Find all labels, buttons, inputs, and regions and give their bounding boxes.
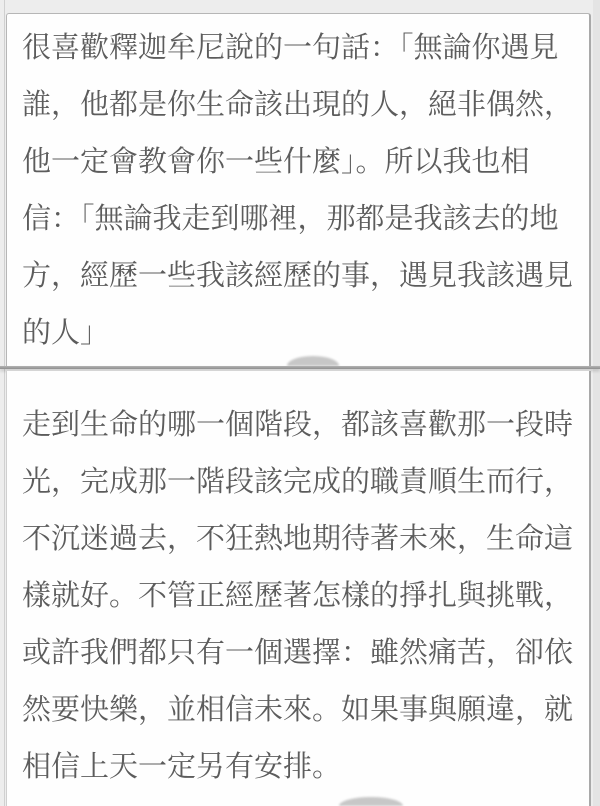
quote-line: 的人」 <box>22 305 589 362</box>
quote-line: 然要快樂，並相信未來。如果事與願違，就 <box>22 682 589 739</box>
quote-line: 樣就好。不管正經歷著怎樣的掙扎與挑戰， <box>22 568 589 625</box>
stacked-quote-screenshot: 很喜歡釋迦牟尼說的一句話：「無論你遇見 誰，他都是你生命該出現的人，絕非偶然， … <box>0 0 600 806</box>
quote-card-1: 很喜歡釋迦牟尼說的一句話：「無論你遇見 誰，他都是你生命該出現的人，絕非偶然， … <box>6 13 591 366</box>
quote-line: 相信上天一定另有安排。 <box>22 739 589 796</box>
quote-line: 不沉迷過去，不狂熱地期待著未來，生命這 <box>22 511 589 568</box>
quote-text-1: 很喜歡釋迦牟尼說的一句話：「無論你遇見 誰，他都是你生命該出現的人，絕非偶然， … <box>7 14 589 362</box>
quote-line: 走到生命的哪一個階段，都該喜歡那一段時 <box>22 397 589 454</box>
quote-line: 或許我們都只有一個選擇：雖然痛苦，卻依 <box>22 625 589 682</box>
right-margin-strip <box>593 0 600 806</box>
left-margin-line <box>4 0 5 806</box>
quote-line: 很喜歡釋迦牟尼說的一句話：「無論你遇見 <box>22 20 589 77</box>
quote-line: 信：「無論我走到哪裡，那都是我該去的地 <box>22 191 589 248</box>
card-seam-divider <box>0 366 600 369</box>
quote-line: 誰，他都是你生命該出現的人，絕非偶然， <box>22 77 589 134</box>
quote-text-2: 走到生命的哪一個階段，都該喜歡那一段時 光，完成那一階段該完成的職責順生而行， … <box>7 371 589 796</box>
quote-card-2: 走到生命的哪一個階段，都該喜歡那一段時 光，完成那一階段該完成的職責順生而行， … <box>6 371 591 806</box>
quote-line: 他一定會教會你一些什麼」。所以我也相 <box>22 134 589 191</box>
quote-line: 方，經歷一些我該經歷的事，遇見我該遇見 <box>22 248 589 305</box>
quote-line: 光，完成那一階段該完成的職責順生而行， <box>22 454 589 511</box>
